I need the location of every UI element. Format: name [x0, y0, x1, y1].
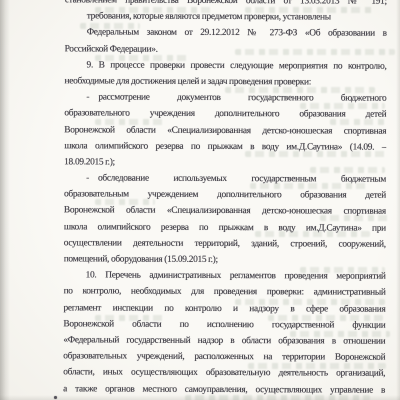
- text-line: по контролю, необходимых для проведения …: [64, 284, 386, 302]
- text-line: школа олимпийского резерва по прыжкам в …: [64, 138, 386, 156]
- text-line: - обследование используемых государствен…: [64, 170, 386, 188]
- text-line: области, иных осуществляющих образовател…: [63, 365, 385, 383]
- text-line: Воронежской области «Специализированная …: [64, 122, 386, 140]
- text-line: образовательного учреждения дополнительн…: [64, 106, 386, 124]
- text-line: требования, которые являются предметом п…: [65, 8, 387, 26]
- text-line: школа олимпийского резерва по прыжкам в …: [64, 219, 386, 237]
- text-line: 9. В процессе проверки провести следующи…: [65, 57, 387, 75]
- scan-edge-shadow-right: [396, 0, 400, 400]
- scanned-document-page: становлением правительства Воронежской о…: [0, 0, 400, 400]
- text-line: Воронежской области по исполнению госуда…: [63, 316, 385, 334]
- text-line: 10. Перечень административных регламенто…: [64, 267, 386, 285]
- scan-edge-shadow-left: [0, 0, 10, 400]
- ink-dot-artifact: [54, 396, 57, 399]
- text-line: а также органов местного самоуправления,…: [63, 381, 385, 399]
- text-line: - рассмотрение документов государственно…: [64, 89, 386, 107]
- text-line: Воронежской области «Специализированная …: [64, 203, 386, 221]
- text-line: Федеральным законом от 29.12.2012 № 273-…: [65, 25, 387, 43]
- text-line: необходимые для достижения целей и задач…: [64, 73, 386, 91]
- text-line: помещений, оборудования (15.09.2015 г.);: [64, 251, 386, 269]
- text-line: Российской Федерации».: [65, 41, 387, 59]
- text-line: 18.09.2015 г.);: [64, 154, 386, 172]
- document-text-block: становлением правительства Воронежской о…: [63, 0, 387, 398]
- text-line: образовательным учреждением дополнительн…: [64, 187, 386, 205]
- text-line: регламент инспекции по контролю и надзор…: [63, 300, 385, 318]
- text-line: осуществлении деятельности территорий, з…: [64, 235, 386, 253]
- text-line: образовательных учреждений, расположенны…: [63, 348, 385, 366]
- text-line: «Федеральный государственный надзор в об…: [63, 332, 385, 350]
